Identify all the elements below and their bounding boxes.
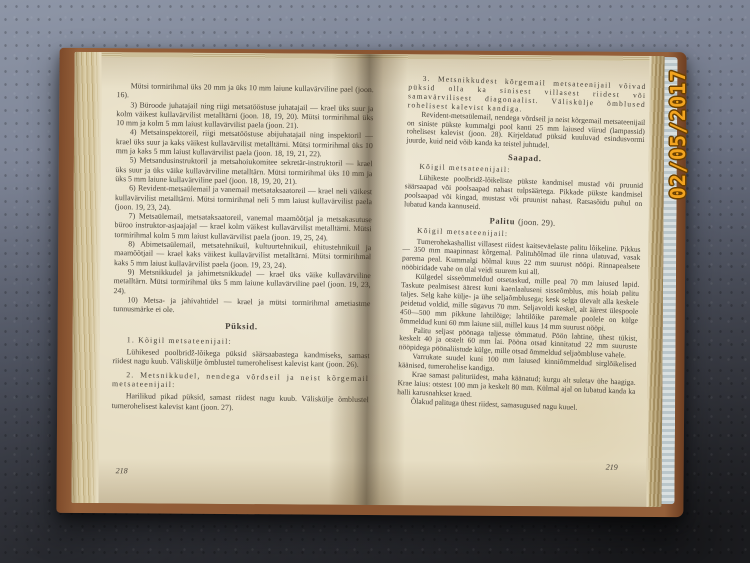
photo-background: Mütsi tormirihmal üks 20 mm ja üks 10 mm…	[0, 0, 750, 563]
left-page-number: 218	[116, 466, 128, 475]
right-page-text: 3. Metsnikkudest kõrgemail metsateenijai…	[397, 74, 647, 414]
book-pages: Mütsi tormirihmal üks 20 mm ja üks 10 mm…	[71, 52, 664, 507]
right-page-number: 219	[606, 462, 618, 471]
page-stack-left-edge	[71, 52, 101, 503]
book-gutter-shadow	[328, 54, 407, 506]
page-stack-right-edge	[646, 56, 664, 507]
open-book: Mütsi tormirihmal üks 20 mm ja üks 10 mm…	[56, 48, 686, 517]
camera-date-stamp: 02/05/2017	[666, 64, 690, 204]
paragraph: Külgedel sisseõmmeldud otsetaskud, mille…	[400, 272, 640, 334]
paragraph: Revident-metsaülemail, nendega võrdseil …	[406, 110, 645, 154]
paragraph: Lühikeste poolbridž-lõikeliste pükste ka…	[404, 173, 643, 217]
figure-reference: (joon. 29).	[518, 217, 556, 227]
